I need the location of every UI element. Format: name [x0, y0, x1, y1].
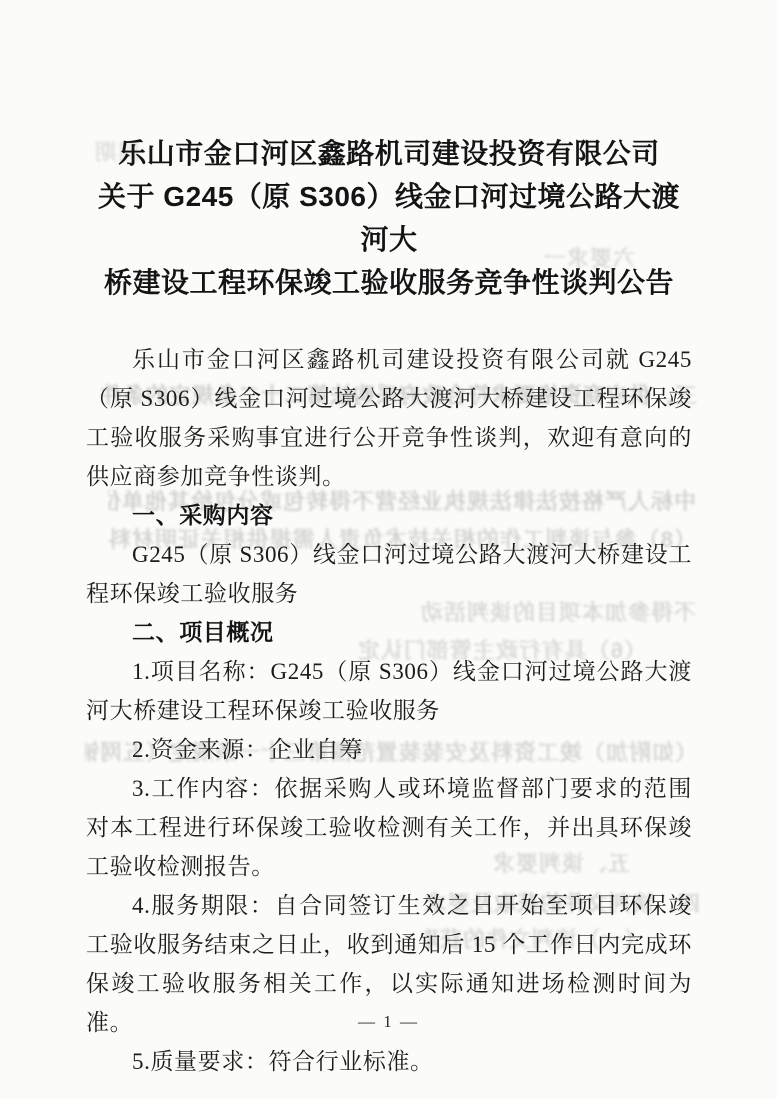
intro-paragraph: 乐山市金口河区鑫路机司建设投资有限公司就 G245（原 S306）线金口河过境公… — [86, 340, 692, 496]
item-work-content: 3.工作内容：依据采购人或环境监督部门要求的范围对本工程进行环保竣工验收检测有关… — [86, 769, 692, 886]
section-1-body: G245（原 S306）线金口河过境公路大渡河大桥建设工程环保竣工验收服务 — [86, 535, 692, 613]
item-quality-requirement: 5.质量要求：符合行业标准。 — [86, 1042, 692, 1081]
title-line-2: 关于 G245（原 S306）线金口河过境公路大渡河大 — [86, 175, 692, 261]
scanned-document-page: 三、供应商资格要求符合政府采购法第二十二条规定的条件 中标人严格按法律法规执业经… — [0, 0, 777, 1099]
title-line-3: 桥建设工程环保竣工验收服务竞争性谈判公告 — [86, 261, 692, 304]
item-funding-source: 2.资金来源：企业自筹 — [86, 730, 692, 769]
section-1-heading: 一、采购内容 — [86, 496, 692, 535]
page-number: — 1 — — [0, 1012, 777, 1032]
title-line-1: 乐山市金口河区鑫路机司建设投资有限公司 — [86, 132, 692, 175]
document-content: 乐山市金口河区鑫路机司建设投资有限公司 关于 G245（原 S306）线金口河过… — [86, 132, 692, 1081]
section-2-heading: 二、项目概况 — [86, 613, 692, 652]
document-body: 乐山市金口河区鑫路机司建设投资有限公司就 G245（原 S306）线金口河过境公… — [86, 340, 692, 1081]
document-title: 乐山市金口河区鑫路机司建设投资有限公司 关于 G245（原 S306）线金口河过… — [86, 132, 692, 304]
item-project-name: 1.项目名称：G245（原 S306）线金口河过境公路大渡河大桥建设工程环保竣工… — [86, 652, 692, 730]
